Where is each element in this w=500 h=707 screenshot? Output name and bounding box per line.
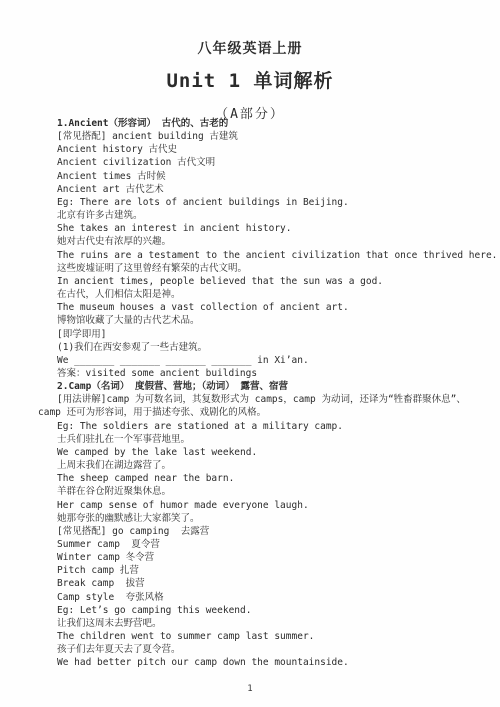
doc-line: [即学即用] xyxy=(38,328,496,341)
doc-line: The museum houses a vast collection of a… xyxy=(38,301,496,314)
doc-line: Pitch camp 扎营 xyxy=(38,564,496,577)
doc-line: Eg: Let’s go camping this weekend. xyxy=(38,604,496,617)
doc-line: 2.Camp（名词） 度假营、营地；（动词） 露营、宿营 xyxy=(38,380,496,393)
doc-line: Her camp sense of humor made everyone la… xyxy=(38,499,496,512)
doc-line: Ancient civilization 古代文明 xyxy=(38,156,496,169)
doc-line: 上周末我们在湖边露营了。 xyxy=(38,459,496,472)
doc-line: 她对古代史有浓厚的兴趣。 xyxy=(38,235,496,248)
doc-lines: 1.Ancient（形容词） 古代的、古老的[常见搭配] ancient bui… xyxy=(38,117,496,670)
doc-line: Camp style 夸张风格 xyxy=(38,591,496,604)
doc-line: Ancient history 古代史 xyxy=(38,143,496,156)
doc-line: Eg: There are lots of ancient buildings … xyxy=(38,196,496,209)
doc-line: Winter camp 冬令营 xyxy=(38,551,496,564)
doc-line: Break camp 拔营 xyxy=(38,577,496,590)
doc-line: [常见搭配] go camping 去露营 xyxy=(38,525,496,538)
unit-title: Unit 1 单词解析 xyxy=(0,66,500,93)
doc-line: 1.Ancient（形容词） 古代的、古老的 xyxy=(38,117,496,130)
doc-line: We had better pitch our camp down the mo… xyxy=(38,656,496,669)
document-page: 八年级英语上册 Unit 1 单词解析 （A部分） 1.Ancient（形容词）… xyxy=(0,0,500,707)
doc-line: 羊群在谷仓附近聚集休息。 xyxy=(38,485,496,498)
doc-line: She takes an interest in ancient history… xyxy=(38,222,496,235)
page-header: 八年级英语上册 Unit 1 单词解析 （A部分） xyxy=(0,0,500,122)
doc-line: 答案：visited some ancient buildings xyxy=(38,367,496,380)
doc-line: The sheep camped near the barn. xyxy=(38,472,496,485)
doc-line: 士兵们驻扎在一个军事营地里。 xyxy=(38,433,496,446)
doc-line: [用法讲解]camp 为可数名词，其复数形式为 camps，camp 为动词，还… xyxy=(38,393,496,406)
doc-line: 让我们这周末去野营吧。 xyxy=(38,617,496,630)
doc-line: We camped by the lake last weekend. xyxy=(38,446,496,459)
doc-line: camp 还可为形容词，用于描述夸张、戏剧化的风格。 xyxy=(38,406,496,419)
doc-line: Summer camp 夏令营 xyxy=(38,538,496,551)
doc-line: In ancient times, people believed that t… xyxy=(38,275,496,288)
doc-line: [常见搭配] ancient building 古建筑 xyxy=(38,130,496,143)
doc-line: 博物馆收藏了大量的古代艺术品。 xyxy=(38,314,496,327)
doc-line: 北京有许多古建筑。 xyxy=(38,209,496,222)
doc-line: 孩子们去年夏天去了夏令营。 xyxy=(38,643,496,656)
doc-line: 在古代，人们相信太阳是神。 xyxy=(38,288,496,301)
page-number: 1 xyxy=(0,684,500,694)
doc-line: Eg: The soldiers are stationed at a mili… xyxy=(38,420,496,433)
doc-line: 这些废墟证明了这里曾经有繁荣的古代文明。 xyxy=(38,262,496,275)
doc-line: The children went to summer camp last su… xyxy=(38,630,496,643)
doc-line: Ancient times 古时候 xyxy=(38,170,496,183)
course-title: 八年级英语上册 xyxy=(0,0,500,58)
doc-line: 她那夸张的幽默感让大家都笑了。 xyxy=(38,512,496,525)
doc-line: The ruins are a testament to the ancient… xyxy=(38,249,496,262)
doc-line: We _______ _______ _______ _______ in Xi… xyxy=(38,354,496,367)
doc-line: (1)我们在西安参观了一些古建筑。 xyxy=(38,341,496,354)
doc-line: Ancient art 古代艺术 xyxy=(38,183,496,196)
